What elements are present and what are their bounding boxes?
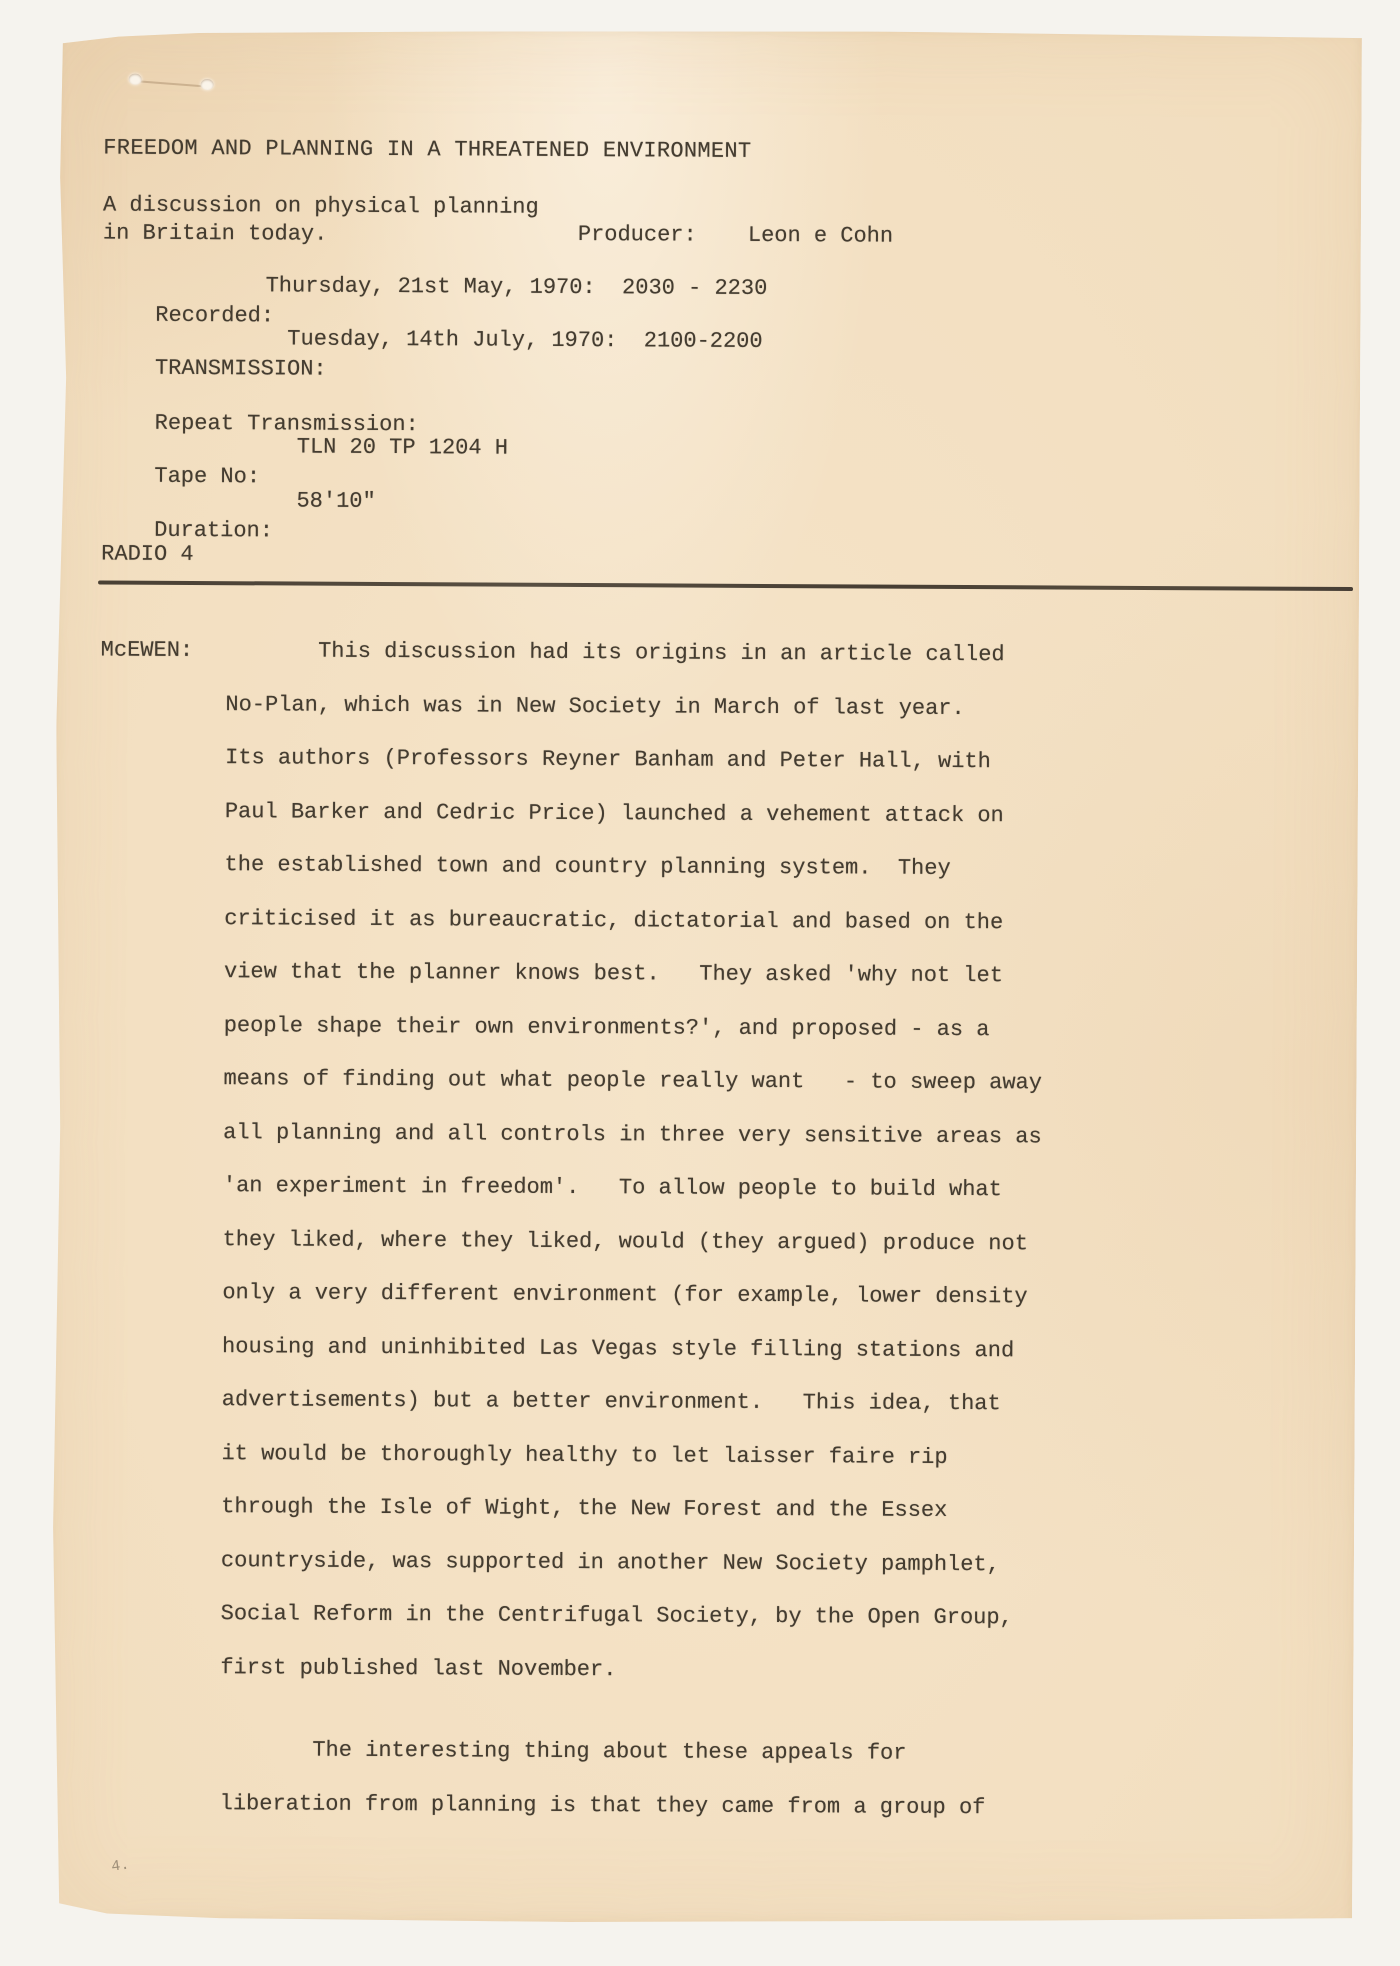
meta-value: 58'10"	[296, 487, 375, 517]
document-subtitle: A discussion on physical planning in Bri…	[103, 192, 539, 249]
meta-label: TRANSMISSION:	[155, 356, 327, 382]
pencil-mark: 4.	[110, 1856, 130, 1875]
meta-row-duration: Duration: 58'10"	[101, 486, 1202, 612]
transcript-paragraph-2: The interesting thing about these appeal…	[220, 1723, 986, 1834]
transcript-paragraph-1: This discussion had its origins in an ar…	[220, 624, 1044, 1698]
document-page: FREEDOM AND PLANNING IN A THREATENED ENV…	[49, 27, 1362, 1926]
staple-mark	[135, 80, 209, 88]
network-label: RADIO 4	[101, 540, 194, 570]
meta-value: Thursday, 21st May, 1970: 2030 - 2230	[266, 271, 768, 304]
punch-hole-icon	[129, 74, 142, 85]
producer-label: Producer:	[578, 221, 697, 249]
scan-background: { "page": { "background_color": "#f5f3ee…	[0, 0, 1400, 1966]
document-title: FREEDOM AND PLANNING IN A THREATENED ENV…	[103, 134, 751, 167]
producer-name: Leon e Cohn	[748, 222, 893, 250]
punch-hole-icon	[201, 79, 214, 90]
meta-value: TLN 20 TP 1204 H	[297, 433, 508, 464]
speaker-label: McEWEN:	[101, 624, 194, 678]
meta-value: Tuesday, 14th July, 1970: 2100-2200	[287, 324, 762, 356]
